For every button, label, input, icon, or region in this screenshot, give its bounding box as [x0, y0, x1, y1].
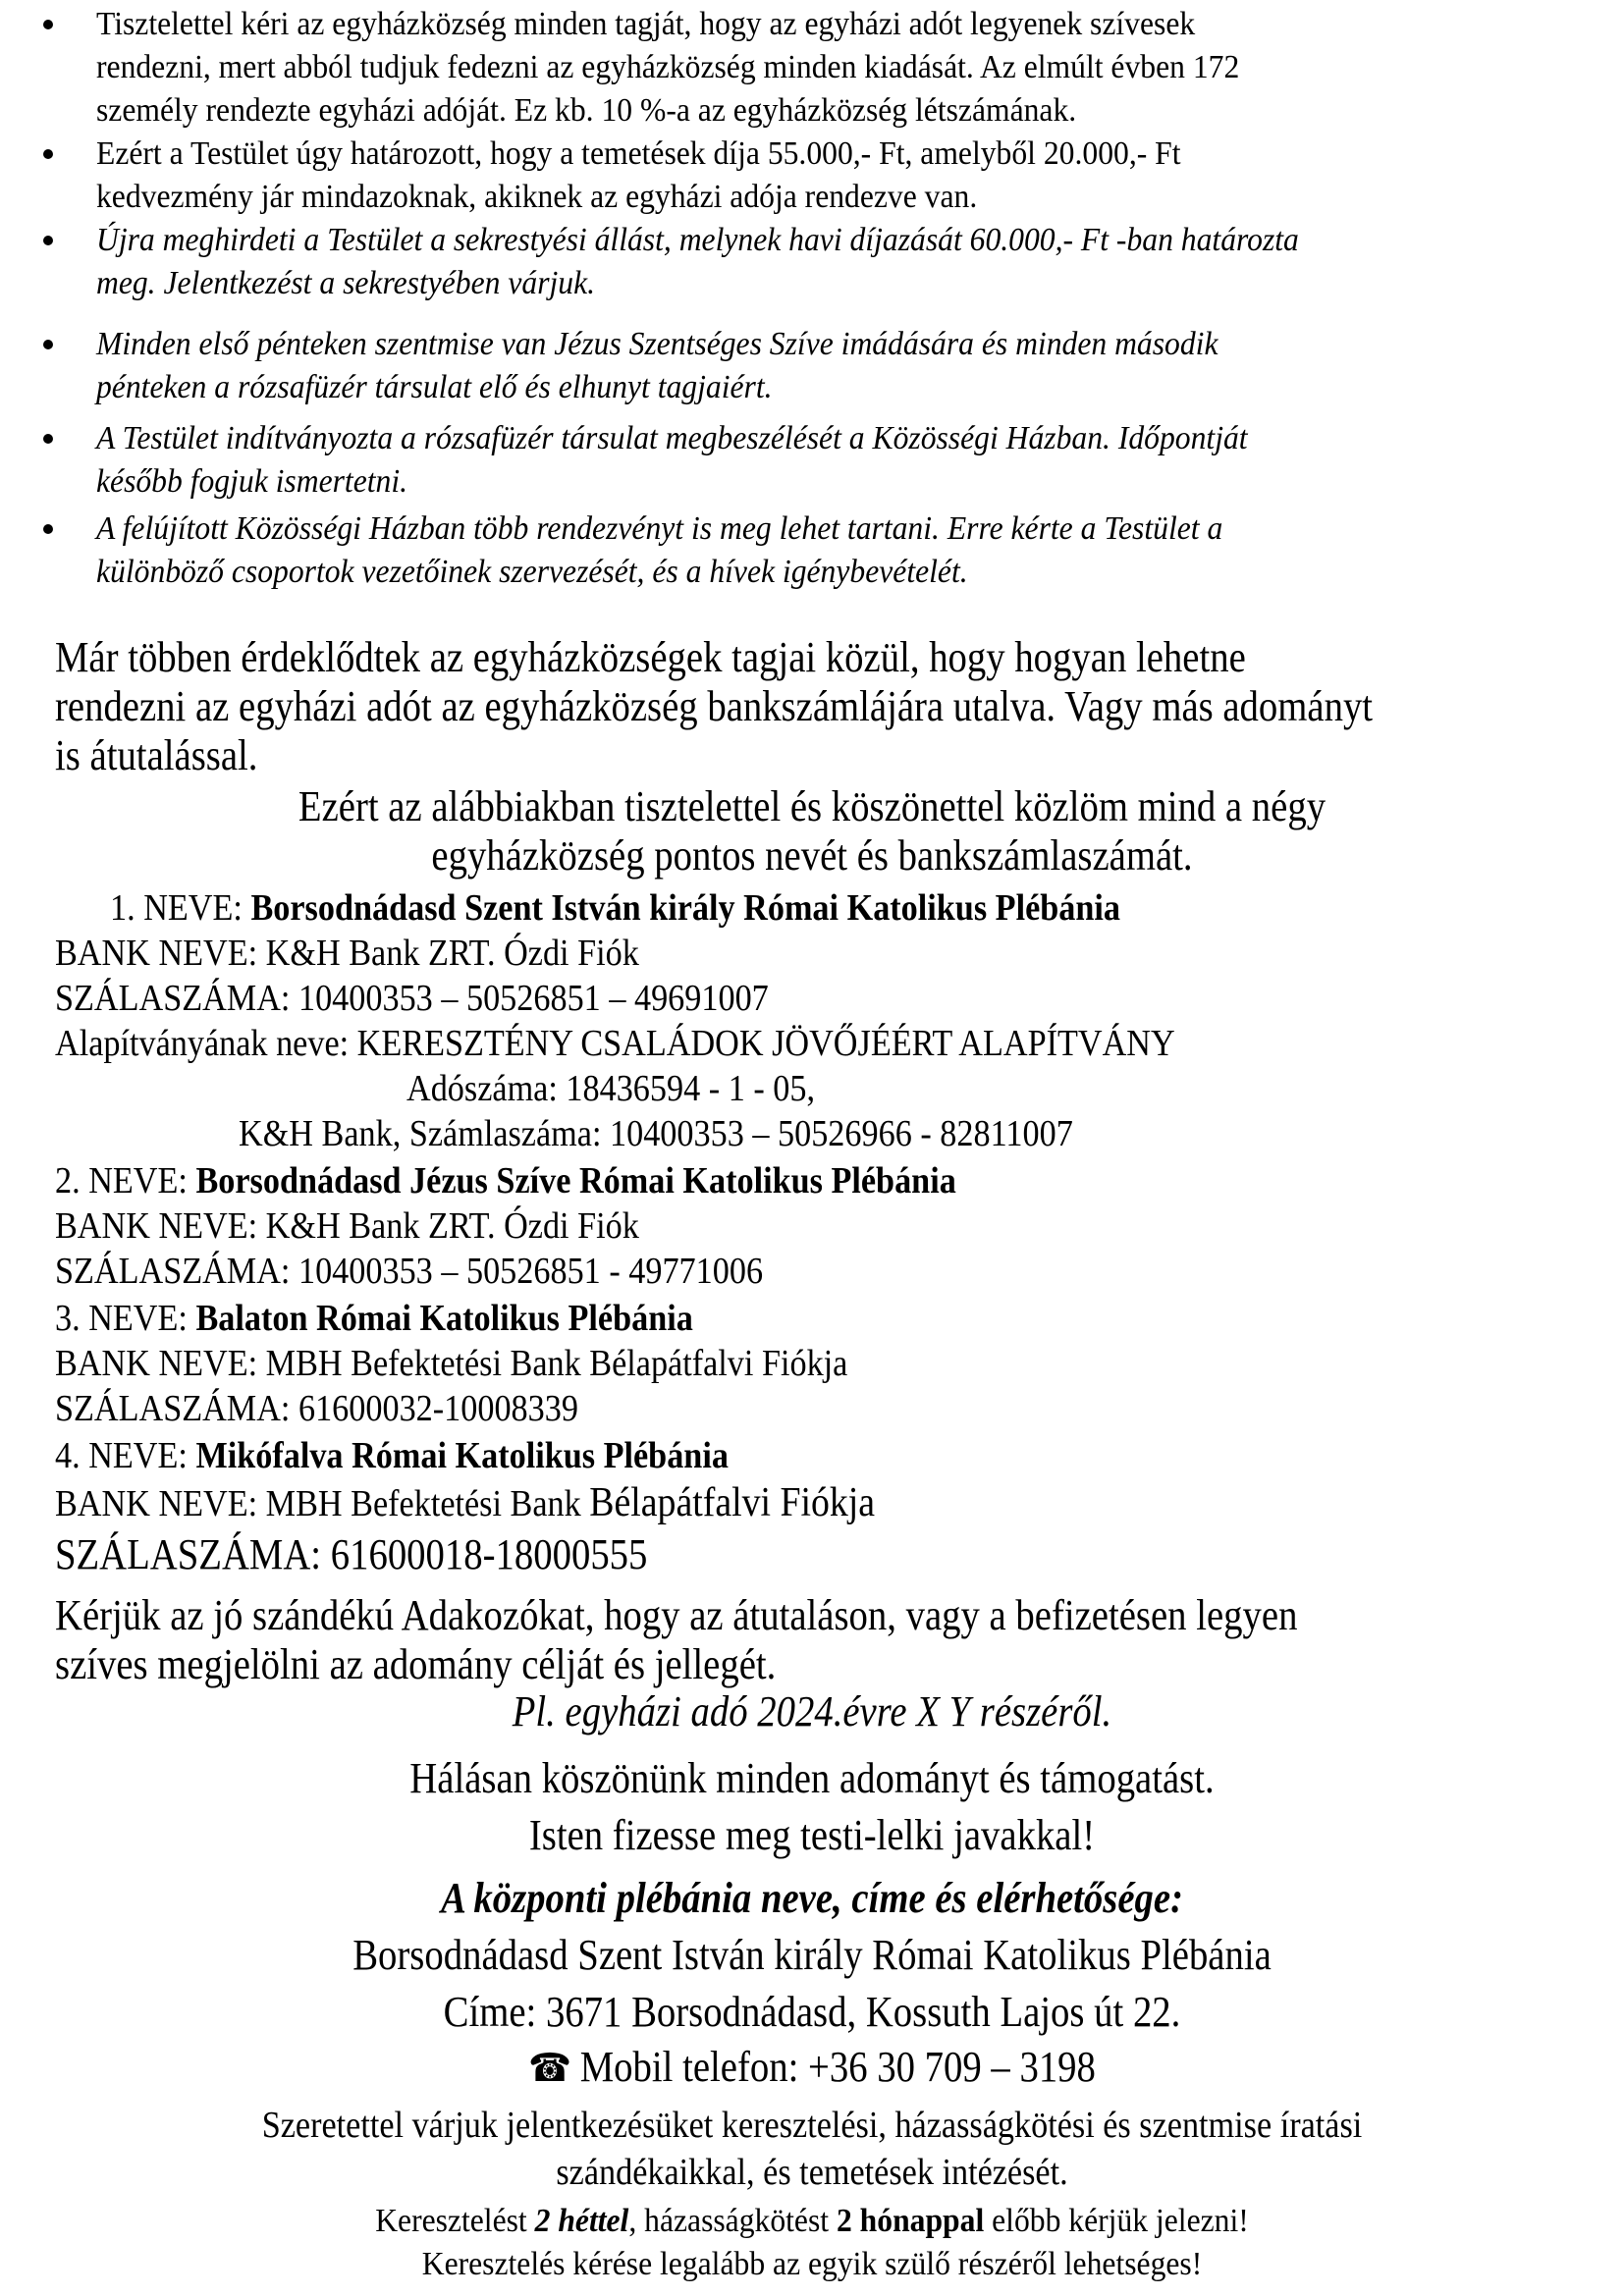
bullet-4-line-1: Minden első pénteken szentmise van Jézus… [96, 328, 1218, 361]
thanks-line-1: Hálásan köszönünk minden adományt és tám… [97, 1757, 1527, 1800]
bullet-1-line-1: Tisztelettel kéri az egyházközség minden… [96, 8, 1195, 41]
closing-note: Keresztelést 2 héttel, házasságkötést 2 … [57, 2205, 1567, 2238]
note-text: előbb kérjük jelezni! [984, 2203, 1249, 2239]
contact-phone-row: ☎Mobil telefon: +36 30 709 – 3198 [97, 2046, 1527, 2089]
parish-1-foundation: Alapítványának neve: KERESZTÉNY CSALÁDOK… [55, 1025, 1175, 1062]
bullet-icon [43, 524, 53, 534]
request-line-1: Kérjük az jó szándékú Adakozókat, hogy a… [55, 1594, 1297, 1637]
parish-2-name: Borsodnádasd Jézus Szíve Római Katolikus… [195, 1160, 955, 1201]
parish-1-tax-id: Adószáma: 18436594 - 1 - 05, [406, 1070, 815, 1107]
parish-4-bank-name: BANK NEVE: MBH Befektetési Bank [55, 1483, 589, 1524]
telephone-icon: ☎ [528, 2049, 571, 2088]
intro-centered-line-1: Ezért az alábbiakban tisztelettel és kös… [97, 785, 1527, 828]
parish-2-prefix: 2. NEVE: [55, 1160, 195, 1201]
closing-line-2: szándékaikkal, és temetések intézését. [81, 2154, 1543, 2191]
parish-1-account: SZÁLASZÁMA: 10400353 – 50526851 – 496910… [55, 980, 769, 1017]
bullet-icon [43, 434, 53, 444]
parish-4-name: Mikófalva Római Katolikus Plébánia [195, 1435, 729, 1476]
parish-4-prefix: 4. NEVE: [55, 1435, 195, 1476]
bullet-5-line-2: később fogjuk ismertetni. [96, 465, 407, 499]
intro-line-2: rendezni az egyházi adót az egyházközség… [55, 685, 1373, 728]
bullet-1-line-2: rendezni, mert abból tudjuk fedezni az e… [96, 51, 1239, 84]
closing-final: Keresztelés kérése legalább az egyik szü… [57, 2248, 1567, 2281]
parish-2-account: SZÁLASZÁMA: 10400353 – 50526851 - 497710… [55, 1253, 763, 1290]
note-text: , házasságkötést [628, 2203, 837, 2239]
request-example: Pl. egyházi adó 2024.évre X Y részéről. [97, 1690, 1527, 1734]
parish-1-name: Borsodnádasd Szent István király Római K… [250, 887, 1120, 929]
note-text: Keresztelést [375, 2203, 534, 2239]
parish-3-bank: BANK NEVE: MBH Befektetési Bank Bélapátf… [55, 1345, 847, 1382]
parish-4-account: SZÁLASZÁMA: 61600018-18000555 [55, 1533, 647, 1576]
bullet-5-line-1: A Testület indítványozta a rózsafüzér tá… [96, 422, 1248, 455]
parish-1-prefix: 1. NEVE: [110, 887, 250, 929]
contact-heading: A központi plébánia neve, címe és elérhe… [97, 1877, 1527, 1920]
bullet-6-line-2: különböző csoportok vezetőinek szervezés… [96, 556, 968, 589]
bullet-1-line-3: személy rendezte egyházi adóját. Ez kb. … [96, 94, 1076, 128]
bullet-2-line-2: kedvezmény jár mindazoknak, akiknek az e… [96, 181, 977, 214]
intro-line-3: is átutalással. [55, 734, 257, 777]
contact-address: Címe: 3671 Borsodnádasd, Kossuth Lajos ú… [97, 1991, 1527, 2034]
contact-phone[interactable]: Mobil telefon: +36 30 709 – 3198 [580, 2043, 1096, 2091]
bullet-3-line-2: meg. Jelentkezést a sekrestyében várjuk. [96, 267, 595, 300]
parish-3-name-row: 3. NEVE: Balaton Római Katolikus Plébáni… [55, 1300, 693, 1337]
parish-4-bank: BANK NEVE: MBH Befektetési Bank Bélapátf… [55, 1482, 875, 1523]
parish-2-bank: BANK NEVE: K&H Bank ZRT. Ózdi Fiók [55, 1207, 639, 1245]
note-emphasis-months: 2 hónappal [837, 2203, 984, 2239]
parish-3-name: Balaton Római Katolikus Plébánia [195, 1298, 692, 1339]
bullet-icon [43, 340, 53, 349]
intro-line-1: Már többen érdeklődtek az egyházközségek… [55, 636, 1246, 679]
note-emphasis-weeks: 2 héttel [535, 2203, 629, 2239]
bulletin-page: Tisztelettel kéri az egyházközség minden… [0, 0, 1624, 2296]
bullet-2-line-1: Ezért a Testület úgy határozott, hogy a … [96, 137, 1181, 171]
request-line-2: szíves megjelölni az adomány célját és j… [55, 1643, 776, 1686]
parish-1-name-row: 1. NEVE: Borsodnádasd Szent István királ… [110, 889, 1120, 927]
bullet-6-line-1: A felújított Közösségi Házban több rende… [96, 512, 1222, 546]
parish-1-foundation-account: K&H Bank, Számlaszáma: 10400353 – 505269… [239, 1115, 1073, 1152]
thanks-line-2: Isten fizesse meg testi-lelki javakkal! [97, 1814, 1527, 1857]
parish-2-name-row: 2. NEVE: Borsodnádasd Jézus Szíve Római … [55, 1162, 956, 1200]
parish-4-name-row: 4. NEVE: Mikófalva Római Katolikus Plébá… [55, 1437, 729, 1474]
bullet-icon [43, 149, 53, 159]
bullet-icon [43, 236, 53, 245]
parish-3-account: SZÁLASZÁMA: 61600032-10008339 [55, 1390, 578, 1427]
parish-1-bank: BANK NEVE: K&H Bank ZRT. Ózdi Fiók [55, 934, 639, 972]
closing-line-1: Szeretettel várjuk jelentkezésüket keres… [81, 2107, 1543, 2144]
bullet-4-line-2: pénteken a rózsafüzér társulat elő és el… [96, 371, 773, 404]
bullet-icon [43, 20, 53, 29]
bullet-3-line-1: Újra meghirdeti a Testület a sekrestyési… [96, 224, 1299, 257]
parish-4-branch: Bélapátfalvi Fiókja [589, 1480, 875, 1525]
intro-centered-line-2: egyházközség pontos nevét és bankszámlas… [97, 834, 1527, 878]
contact-parish-name: Borsodnádasd Szent István király Római K… [97, 1934, 1527, 1977]
parish-3-prefix: 3. NEVE: [55, 1298, 195, 1339]
